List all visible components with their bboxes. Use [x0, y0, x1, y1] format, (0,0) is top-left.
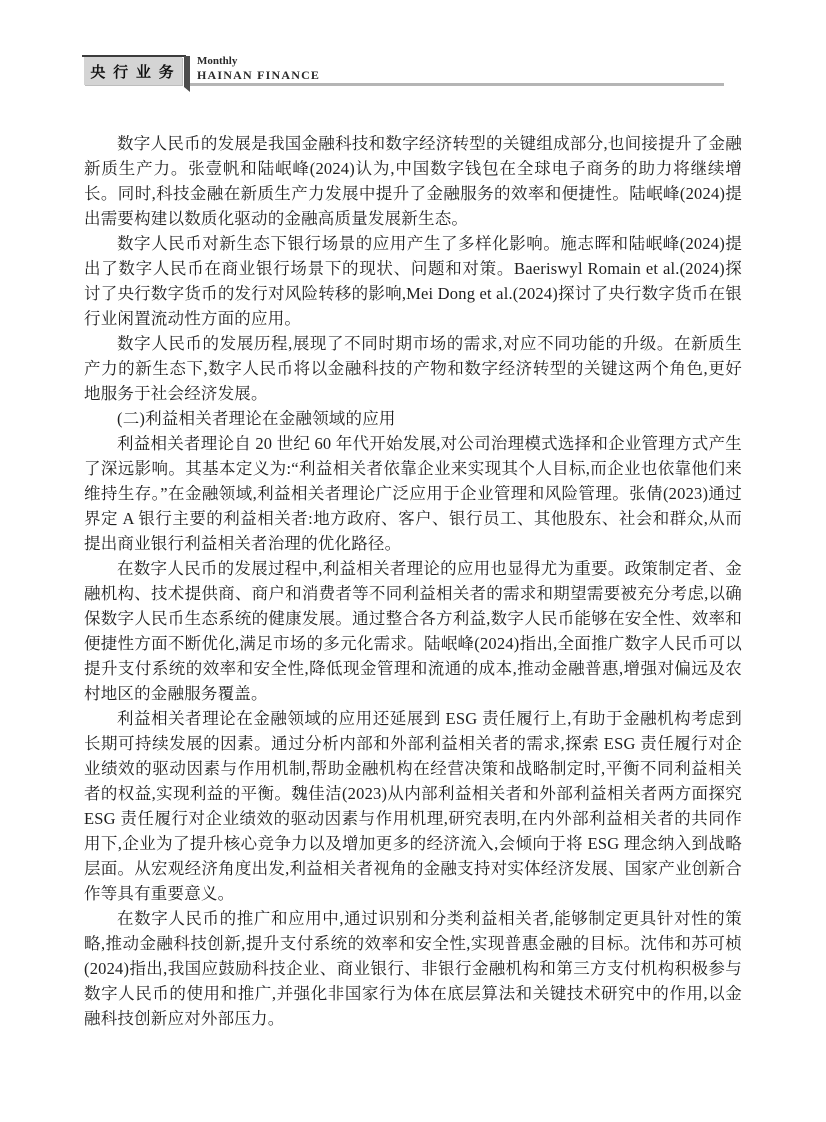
- article-body: 数字人民币的发展是我国金融科技和数字经济转型的关键组成部分,也间接提升了金融新质…: [84, 131, 742, 1031]
- paragraph: 利益相关者理论自 20 世纪 60 年代开始发展,对公司治理模式选择和企业管理方…: [84, 431, 742, 556]
- paragraph: 在数字人民币的推广和应用中,通过识别和分类利益相关者,能够制定更具针对性的策略,…: [84, 906, 742, 1031]
- paragraph: 数字人民币的发展历程,展现了不同时期市场的需求,对应不同功能的升级。在新质生产力…: [84, 331, 742, 406]
- paragraph: 在数字人民币的发展过程中,利益相关者理论的应用也显得尤为重要。政策制定者、金融机…: [84, 556, 742, 706]
- journal-page: 央 行 业 务 Monthly HAINAN FINANCE 数字人民币的发展是…: [0, 0, 826, 1122]
- paragraph: 数字人民币对新生态下银行场景的应用产生了多样化影响。施志晖和陆岷峰(2024)提…: [84, 231, 742, 331]
- paragraph: 利益相关者理论在金融领域的应用还延展到 ESG 责任履行上,有助于金融机构考虑到…: [84, 706, 742, 906]
- journal-name: HAINAN FINANCE: [197, 68, 320, 83]
- header-horizontal-rule: [190, 83, 724, 86]
- section-heading: (二)利益相关者理论在金融领域的应用: [84, 406, 742, 431]
- column-title-box: 央 行 业 务: [84, 57, 182, 85]
- paragraph: 数字人民币的发展是我国金融科技和数字经济转型的关键组成部分,也间接提升了金融新质…: [84, 131, 742, 231]
- page-header: 央 行 业 务 Monthly HAINAN FINANCE: [0, 0, 826, 100]
- column-title: 央 行 业 务: [90, 61, 175, 82]
- journal-frequency: Monthly: [197, 55, 237, 67]
- brand-separator-bar: [184, 56, 190, 92]
